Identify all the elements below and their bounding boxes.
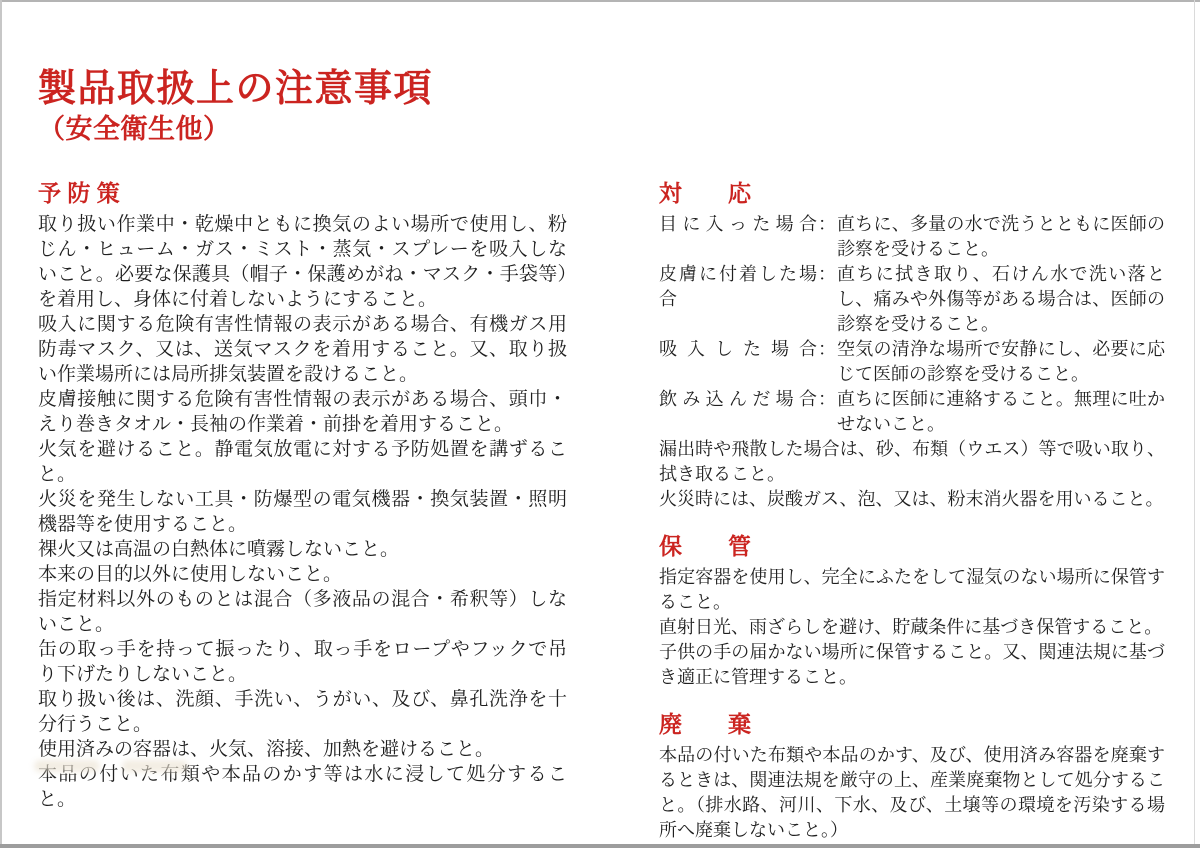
case-text: 直ちに医師に連絡すること。無理に吐かせないこと。 xyxy=(837,387,1165,437)
response-case-row: 吸入した場合 ： 空気の清浄な場所で安静にし、必要に応じて医師の診察を受けること… xyxy=(659,337,1165,387)
response-case-list: 目に入った場合 ： 直ちに、多量の水で洗うとともに医師の診察を受けること。 皮膚… xyxy=(659,212,1165,437)
case-colon: ： xyxy=(817,262,837,287)
case-label: 吸入した場合 xyxy=(659,337,817,362)
response-note-list: 漏出時や飛散した場合は、砂、布類（ウエス）等で吸い取り、拭き取ること。 火災時に… xyxy=(659,437,1165,512)
prevention-heading: 予 防 策 xyxy=(38,180,567,207)
case-label: 目に入った場合 xyxy=(659,212,817,237)
disposal-paragraph: 本品の付いた布類や本品のかす、及び、使用済み容器を廃棄するときは、関連法規を厳守… xyxy=(659,743,1165,843)
prevention-paragraph: 火気を避けること。静電気放電に対する予防処置を講ずること。 xyxy=(38,437,567,487)
section-storage: 保 管 指定容器を使用し、完全にふたをして湿気のない場所に保管すること。 直射日… xyxy=(659,533,1165,690)
scan-edge-left xyxy=(0,0,2,848)
scan-artifact xyxy=(34,760,100,772)
prevention-paragraph: 皮膚接触に関する危険有害性情報の表示がある場合、頭巾・えり巻きタオル・長袖の作業… xyxy=(38,387,567,437)
disposal-heading: 廃 棄 xyxy=(659,711,1165,738)
case-label: 飲み込んだ場合 xyxy=(659,387,817,412)
title-block: 製品取扱上の注意事項 （安全衛生他） xyxy=(38,68,433,145)
section-disposal: 廃 棄 本品の付いた布類や本品のかす、及び、使用済み容器を廃棄するときは、関連法… xyxy=(659,711,1165,843)
scan-edge-bottom xyxy=(0,844,1200,848)
prevention-paragraph: 使用済みの容器は、火気、溶接、加熱を避けること。 xyxy=(38,737,567,762)
response-heading: 対 応 xyxy=(659,180,1165,207)
prevention-paragraph: 本来の目的以外に使用しないこと。 xyxy=(38,562,567,587)
case-label: 皮膚に付着した場合 xyxy=(659,262,817,312)
prevention-paragraph: 火災を発生しない工具・防爆型の電気機器・換気装置・照明機器等を使用すること。 xyxy=(38,487,567,537)
response-case-row: 目に入った場合 ： 直ちに、多量の水で洗うとともに医師の診察を受けること。 xyxy=(659,212,1165,262)
prevention-paragraph: 本品の付いた布類や本品のかす等は水に浸して処分すること。 xyxy=(38,762,567,812)
prevention-paragraph-list: 取り扱い作業中・乾燥中ともに換気のよい場所で使用し、粉じん・ヒューム・ガス・ミス… xyxy=(38,212,567,812)
scan-artifact xyxy=(122,760,188,772)
page-subtitle: （安全衛生他） xyxy=(38,114,433,145)
scan-edge-top xyxy=(0,0,1200,2)
case-text: 直ちに拭き取り、石けん水で洗い落とし、痛みや外傷等がある場合は、医師の診察を受け… xyxy=(837,262,1165,337)
case-colon: ： xyxy=(817,212,837,237)
case-colon: ： xyxy=(817,387,837,412)
prevention-paragraph: 吸入に関する危険有害性情報の表示がある場合、有機ガス用防毒マスク、又は、送気マス… xyxy=(38,312,567,387)
storage-heading: 保 管 xyxy=(659,533,1165,560)
storage-paragraph: 指定容器を使用し、完全にふたをして湿気のない場所に保管すること。 xyxy=(659,565,1165,615)
prevention-paragraph: 取り扱い後は、洗顔、手洗い、うがい、及び、鼻孔洗浄を十分行うこと。 xyxy=(38,687,567,737)
response-note: 漏出時や飛散した場合は、砂、布類（ウエス）等で吸い取り、拭き取ること。 xyxy=(659,437,1165,487)
prevention-paragraph: 指定材料以外のものとは混合（多液品の混合・希釈等）しないこと。 xyxy=(38,587,567,637)
response-case-row: 皮膚に付着した場合 ： 直ちに拭き取り、石けん水で洗い落とし、痛みや外傷等がある… xyxy=(659,262,1165,337)
prevention-paragraph: 缶の取っ手を持って振ったり、取っ手をロープやフックで吊り下げたりしないこと。 xyxy=(38,637,567,687)
storage-paragraph-list: 指定容器を使用し、完全にふたをして湿気のない場所に保管すること。 直射日光、雨ざ… xyxy=(659,565,1165,690)
scan-edge-right xyxy=(1194,0,1195,848)
response-note: 火災時には、炭酸ガス、泡、又は、粉末消火器を用いること。 xyxy=(659,487,1165,512)
column-right: 対 応 目に入った場合 ： 直ちに、多量の水で洗うとともに医師の診察を受けること… xyxy=(659,180,1165,843)
response-case-row: 飲み込んだ場合 ： 直ちに医師に連絡すること。無理に吐かせないこと。 xyxy=(659,387,1165,437)
section-response: 対 応 目に入った場合 ： 直ちに、多量の水で洗うとともに医師の診察を受けること… xyxy=(659,180,1165,512)
storage-paragraph: 直射日光、雨ざらしを避け、貯蔵条件に基づき保管すること。 xyxy=(659,615,1165,640)
document-page: { "colors": { "accent_red": "#cb2420", "… xyxy=(0,0,1200,848)
case-colon: ： xyxy=(817,337,837,362)
case-text: 空気の清浄な場所で安静にし、必要に応じて医師の診察を受けること。 xyxy=(837,337,1165,387)
prevention-paragraph: 裸火又は高温の白熱体に噴霧しないこと。 xyxy=(38,537,567,562)
page-title: 製品取扱上の注意事項 xyxy=(38,68,433,112)
prevention-paragraph: 取り扱い作業中・乾燥中ともに換気のよい場所で使用し、粉じん・ヒューム・ガス・ミス… xyxy=(38,212,567,312)
case-text: 直ちに、多量の水で洗うとともに医師の診察を受けること。 xyxy=(837,212,1165,262)
storage-paragraph: 子供の手の届かない場所に保管すること。又、関連法規に基づき適正に管理すること。 xyxy=(659,640,1165,690)
disposal-paragraph-list: 本品の付いた布類や本品のかす、及び、使用済み容器を廃棄するときは、関連法規を厳守… xyxy=(659,743,1165,843)
column-prevention: 予 防 策 取り扱い作業中・乾燥中ともに換気のよい場所で使用し、粉じん・ヒューム… xyxy=(38,180,567,812)
